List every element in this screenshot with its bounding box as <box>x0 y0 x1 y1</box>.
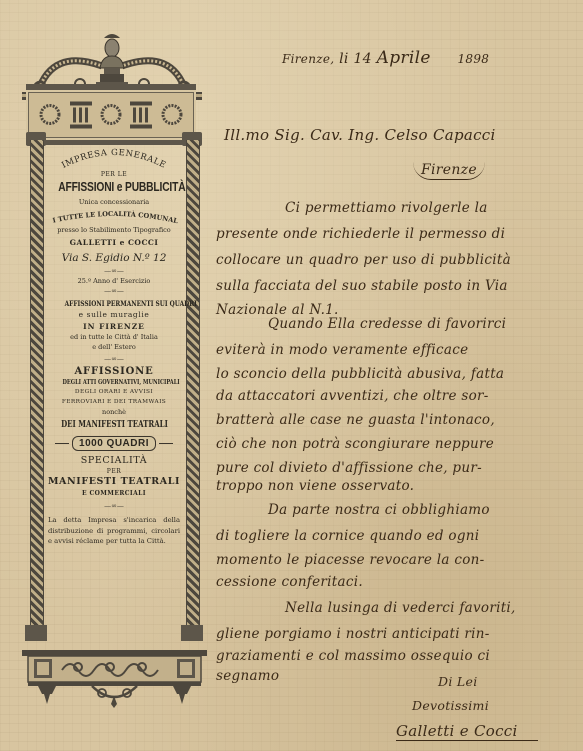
per-text: PER <box>46 468 182 475</box>
left-column-base <box>25 625 47 641</box>
letterhead: IMPRESA GENERALE PER LE AFFISSIONI e PUB… <box>0 0 215 751</box>
impresa-generale-text: IMPRESA GENERALE <box>60 148 168 171</box>
right-twisted-column <box>186 140 200 630</box>
letter-date-line: Firenze, li 14 Aprile 1898 <box>282 48 489 68</box>
estero-text: e dell' Estero <box>46 342 182 352</box>
date-year: 1898 <box>457 52 489 66</box>
date-month: Aprile <box>377 48 431 68</box>
manifesti-teatrali-text: DEI MANIFESTI TEATRALI <box>61 420 168 431</box>
in-firenze-text: IN FIRENZE <box>46 321 182 332</box>
ornament-divider: —∞— <box>46 266 182 276</box>
badge-rule-left <box>55 443 69 444</box>
letter-line: Quando Ella credesse di favorirci <box>268 316 506 332</box>
commerciali-text: E COMMERCIALI <box>46 489 182 499</box>
nonche-text: nonchè <box>46 407 182 417</box>
specialita-heading: SPECIALITÀ <box>46 455 182 466</box>
letterhead-text-panel: IMPRESA GENERALE PER LE AFFISSIONI e PUB… <box>46 144 182 547</box>
impresa-description: La detta Impresa s'incarica della distri… <box>46 515 182 547</box>
letter-line: collocare un quadro per uso di pubblicit… <box>216 252 511 268</box>
letter-line: eviterà in modo veramente efficace <box>216 342 468 358</box>
frieze-ornament <box>26 84 196 145</box>
letter-line: ciò che non potrà scongiurare neppure <box>216 436 494 452</box>
date-place: Firenze, <box>282 52 334 66</box>
sulle-muraglie-text: e sulle muraglie <box>46 309 182 320</box>
ferroviari-tramwais-text: FERROVIARI E DEI TRAMWAIS <box>46 397 182 407</box>
quadri-badge-row: 1000 QUADRI <box>46 436 182 451</box>
letter-line: lo sconcio della pubblicità abusiva, fat… <box>216 366 504 382</box>
unica-concessionaria-text: Unica concessionaria <box>46 197 182 207</box>
presso-stabilimento-text: presso lo Stabilimento Tipografico <box>46 225 182 235</box>
addressee-name: Ill.mo Sig. Cav. Ing. Celso Capacci <box>224 126 496 144</box>
left-twisted-column <box>30 140 44 630</box>
impresa-generale-arc: IMPRESA GENERALE <box>46 144 182 172</box>
orari-avvisi-text: DEGLI ORARI E AVVISI <box>46 387 182 397</box>
letter-line: da attaccatori avventizi, che oltre sor- <box>216 388 489 404</box>
ornament-divider: —∞— <box>46 354 182 364</box>
localita-comunali-arc: DI TUTTE LE LOCALITÀ COMUNALI <box>46 207 182 225</box>
closing-di-lei: Di Lei <box>438 674 478 689</box>
wreath-triglyph-icon <box>26 90 196 140</box>
date-li: li <box>339 51 349 67</box>
company-name: GALLETTI e COCCI <box>46 237 182 248</box>
letter-line: Nella lusinga di vederci favoriti, <box>285 600 516 616</box>
ornament-divider: —∞— <box>46 501 182 511</box>
scroll-cornice-icon <box>22 640 207 720</box>
date-day: 14 <box>353 51 371 67</box>
manifesti-teatrali-heading: MANIFESTI TEATRALI <box>46 475 182 489</box>
addressee-city: Firenze <box>413 162 485 180</box>
affissione-heading: AFFISSIONE <box>46 366 182 377</box>
quadri-badge: 1000 QUADRI <box>72 436 156 451</box>
letter-line: momento le piacesse revocare la con- <box>216 552 485 568</box>
letter-line: segnamo <box>216 668 279 684</box>
letter-line: bratterà alle case ne guasta l'intonaco, <box>216 412 495 428</box>
letter-line: pure col divieto d'affissione che, pur- <box>216 460 482 476</box>
closing-devotissimi: Devotissimi <box>412 698 489 713</box>
letter-line: gliene porgiamo i nostri anticipati rin- <box>216 626 490 642</box>
anno-esercizio-text: 25.º Anno d' Esercizio <box>46 276 182 286</box>
localita-comunali-text: DI TUTTE LE LOCALITÀ COMUNALI <box>46 207 179 225</box>
affissioni-pubblicita-title: AFFISSIONI e PUBBLICITÀ <box>58 180 170 194</box>
badge-rule-right <box>159 443 173 444</box>
letter-line: di togliere la cornice quando ed ogni <box>216 528 479 544</box>
bottom-cornice-ornament <box>22 640 207 720</box>
affissioni-permanenti-text: AFFISSIONI PERMANENTI SUI QUADRI <box>65 298 197 309</box>
letter-line: sulla facciata del suo stabile posto in … <box>216 278 508 294</box>
citta-italia-text: ed in tutte le Città d' Italia <box>46 332 182 342</box>
signature: Galletti e Cocci <box>396 722 538 741</box>
letter-line: presente onde richiederle il permesso di <box>216 226 505 242</box>
right-column-base <box>181 625 203 641</box>
letter-line: cessione conferitaci. <box>216 574 363 590</box>
letter-line: graziamenti e col massimo ossequio ci <box>216 648 490 664</box>
svg-text:DI TUTTE LE LOCALITÀ COMUNALI: DI TUTTE LE LOCALITÀ COMUNALI <box>46 207 179 225</box>
letter-line: Da parte nostra ci obblighiamo <box>268 502 490 518</box>
per-le-text: PER LE <box>46 171 182 178</box>
svg-text:IMPRESA GENERALE: IMPRESA GENERALE <box>60 148 168 171</box>
ornament-divider: —∞— <box>46 286 182 296</box>
letter-line: troppo non viene osservato. <box>216 478 414 494</box>
atti-governativi-text: DEGLI ATTI GOVERNATIVI, MUNICIPALI <box>63 377 180 387</box>
letter-line: Ci permettiamo rivolgerle la <box>285 200 488 216</box>
company-address: Via S. Egidio N.º 12 <box>46 250 182 266</box>
